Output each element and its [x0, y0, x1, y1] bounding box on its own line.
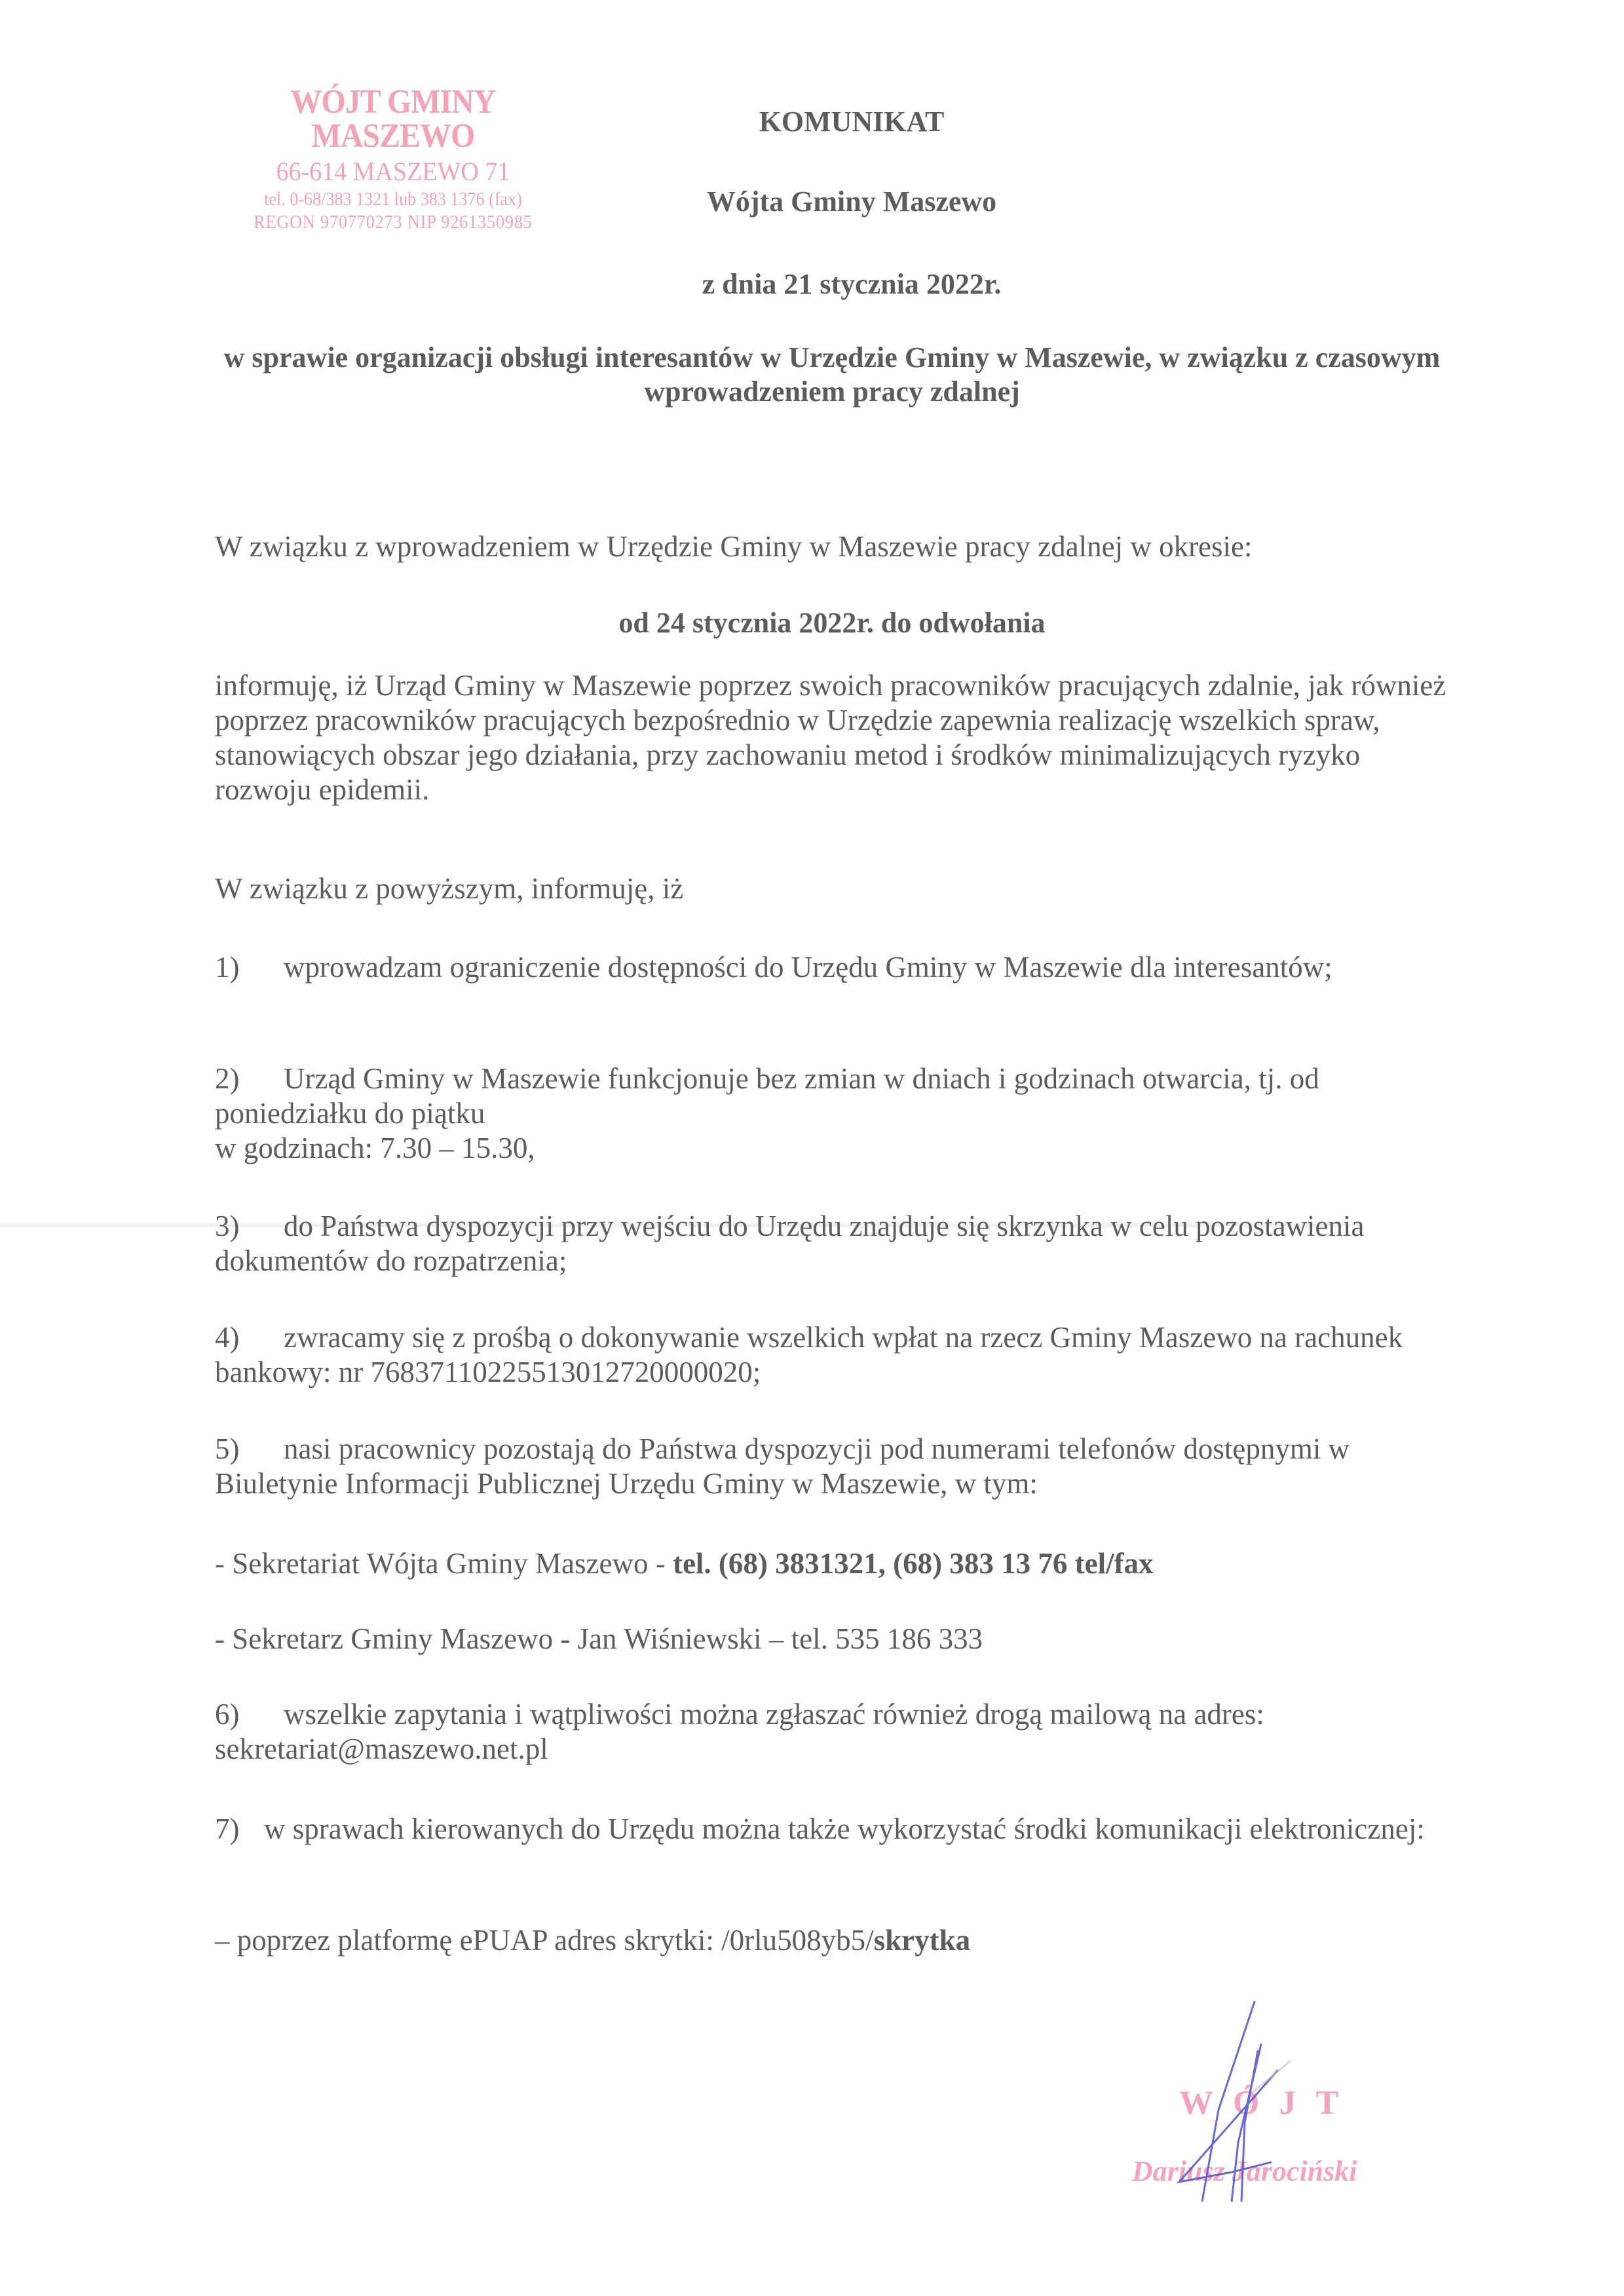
list-item-1: 1)wprowadzam ograniczenie dostępności do… [215, 950, 1460, 985]
intro-paragraph: W związku z wprowadzeniem w Urzędzie Gmi… [215, 529, 1460, 564]
list-item-6: 6)wszelkie zapytania i wątpliwości można… [215, 1697, 1460, 1767]
consequence-paragraph: W związku z powyższym, informuję, iż [215, 871, 1460, 906]
document-title: KOMUNIKAT [459, 105, 1245, 138]
contact-label: - Sekretarz Gminy Maszewo - Jan Wiśniews… [215, 1622, 983, 1655]
list-item-2: 2)Urząd Gminy w Maszewie funkcjonuje bez… [215, 1062, 1460, 1166]
list-item-3: 3)do Państwa dyspozycji przy wejściu do … [215, 1209, 1460, 1278]
item-number: 1) [215, 950, 284, 985]
period-line: od 24 stycznia 2022r. do odwołania [197, 606, 1467, 640]
item-number: 7) [215, 1812, 264, 1846]
list-item-7: 7)w sprawach kierowanych do Urzędu można… [215, 1812, 1460, 1846]
stamp-address: 66-614 MASZEWO 71 [206, 159, 580, 185]
signature-block: WÓJT Dariusz Jarociński [1081, 1979, 1448, 2202]
item-number: 6) [215, 1697, 284, 1732]
list-item-4: 4)zwracamy się z prośbą o dokonywanie ws… [215, 1320, 1460, 1390]
item-number: 4) [215, 1320, 284, 1355]
contact-phone: tel. (68) 3831321, (68) 383 13 76 tel/fa… [673, 1547, 1154, 1580]
item-text: w sprawach kierowanych do Urzędu można t… [264, 1812, 1425, 1845]
item-hours: w godzinach: 7.30 – 15.30, [215, 1132, 535, 1164]
contact-label: - Sekretariat Wójta Gminy Maszewo - [215, 1547, 673, 1580]
document-issuer: Wójta Gminy Maszewo [459, 185, 1245, 218]
item-text: zwracamy się z prośbą o dokonywanie wsze… [215, 1321, 1403, 1388]
document-page: WÓJT GMINY MASZEWO 66-614 MASZEWO 71 tel… [0, 0, 1624, 2296]
epuap-line: – poprzez platformę ePUAP adres skrytki:… [215, 1923, 1460, 1958]
inform-paragraph: informuję, iż Urząd Gminy w Maszewie pop… [215, 668, 1460, 807]
item-text: wprowadzam ograniczenie dostępności do U… [284, 951, 1332, 984]
contact-secretariat: - Sekretariat Wójta Gminy Maszewo - tel.… [215, 1546, 1460, 1581]
item-text: wszelkie zapytania i wątpliwości można z… [215, 1698, 1264, 1765]
contact-secretary: - Sekretarz Gminy Maszewo - Jan Wiśniews… [215, 1622, 1460, 1656]
item-text: nasi pracownicy pozostają do Państwa dys… [215, 1432, 1350, 1500]
document-subject: w sprawie organizacji obsługi interesant… [197, 341, 1467, 409]
item-text: do Państwa dyspozycji przy wejściu do Ur… [215, 1210, 1365, 1277]
item-number: 2) [215, 1062, 284, 1096]
item-number: 5) [215, 1432, 284, 1466]
item-number: 3) [215, 1209, 284, 1244]
document-date: z dnia 21 stycznia 2022r. [459, 267, 1245, 301]
handwritten-signature-icon [1081, 1979, 1448, 2202]
list-item-5: 5)nasi pracownicy pozostają do Państwa d… [215, 1432, 1460, 1501]
item-text: Urząd Gminy w Maszewie funkcjonuje bez z… [215, 1062, 1319, 1130]
epuap-address: – poprzez platformę ePUAP adres skrytki:… [215, 1924, 874, 1957]
epuap-box: skrytka [874, 1924, 971, 1957]
